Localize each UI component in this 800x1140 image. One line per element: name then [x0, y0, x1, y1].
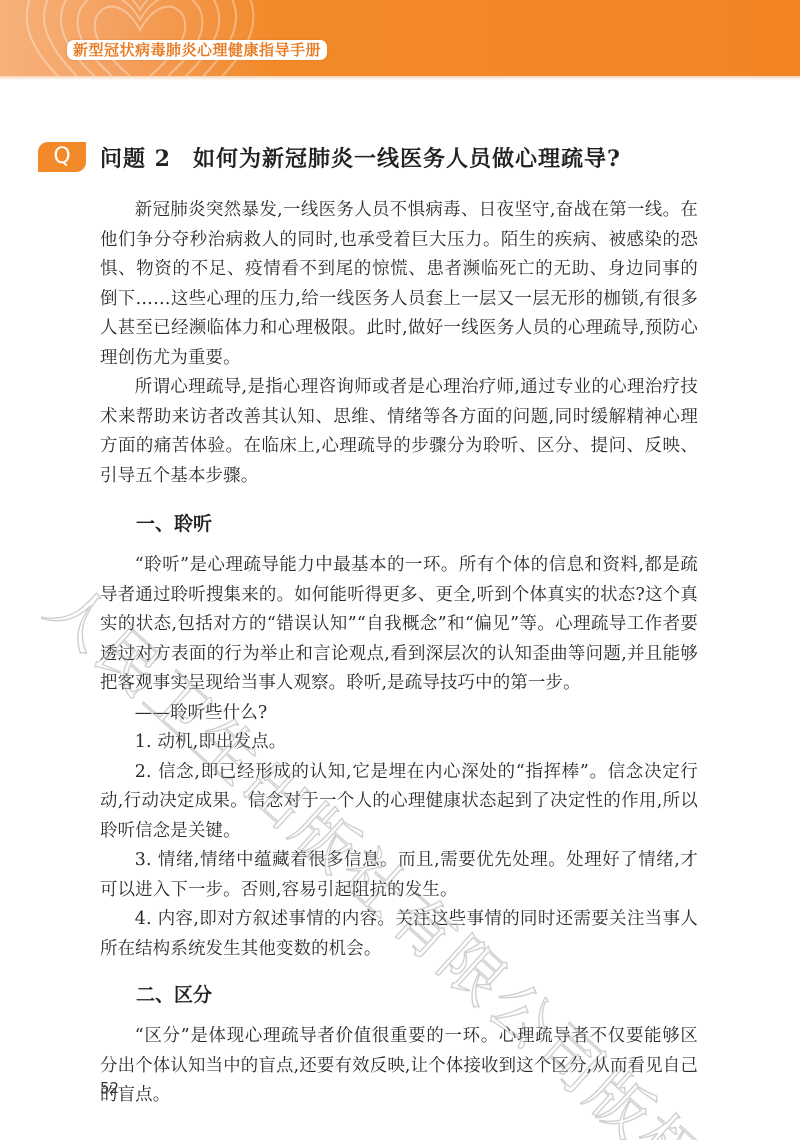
section-subheading: ——聆听些什么?	[100, 699, 698, 729]
section-paragraph: “聆听”是心理疏导能力中最基本的一环。所有个体的信息和资料,都是疏导者通过聆听搜…	[100, 551, 698, 699]
section-heading-distinguish: 二、区分	[100, 980, 698, 1010]
list-item: 1. 动机,即出发点。	[100, 728, 698, 758]
heart-pattern-icon	[20, 0, 260, 76]
question-label: 问题 2	[100, 146, 171, 172]
book-title: 新型冠状病毒肺炎心理健康指导手册	[67, 40, 327, 60]
question-heading: Q 问题 2如何为新冠肺炎一线医务人员做心理疏导?	[38, 141, 621, 173]
article-body: 新冠肺炎突然暴发,一线医务人员不惧病毒、日夜坚守,奋战在第一线。在他们争分夺秒治…	[100, 196, 698, 1111]
question-text: 如何为新冠肺炎一线医务人员做心理疏导?	[193, 146, 621, 172]
page-number: 52	[100, 1079, 119, 1097]
list-item: 3. 情绪,情绪中蕴藏着很多信息。而且,需要优先处理。处理好了情绪,才可以进入下…	[100, 846, 698, 905]
section-heading-listen: 一、聆听	[100, 509, 698, 539]
header-divider	[0, 76, 800, 80]
section-paragraph: “区分”是体现心理疏导者价值很重要的一环。心理疏导者不仅要能够区分出个体认知当中…	[100, 1022, 698, 1111]
question-badge: Q	[38, 142, 86, 172]
question-title: 问题 2如何为新冠肺炎一线医务人员做心理疏导?	[100, 142, 621, 173]
page-header-banner: 新型冠状病毒肺炎心理健康指导手册	[0, 0, 800, 76]
intro-paragraph: 新冠肺炎突然暴发,一线医务人员不惧病毒、日夜坚守,奋战在第一线。在他们争分夺秒治…	[100, 196, 698, 373]
list-item: 2. 信念,即已经形成的认知,它是埋在内心深处的“指挥棒”。信念决定行动,行动决…	[100, 758, 698, 847]
intro-paragraph: 所谓心理疏导,是指心理咨询师或者是心理治疗师,通过专业的心理治疗技术来帮助来访者…	[100, 373, 698, 491]
list-item: 4. 内容,即对方叙述事情的内容。关注这些事情的同时还需要关注当事人所在结构系统…	[100, 905, 698, 964]
